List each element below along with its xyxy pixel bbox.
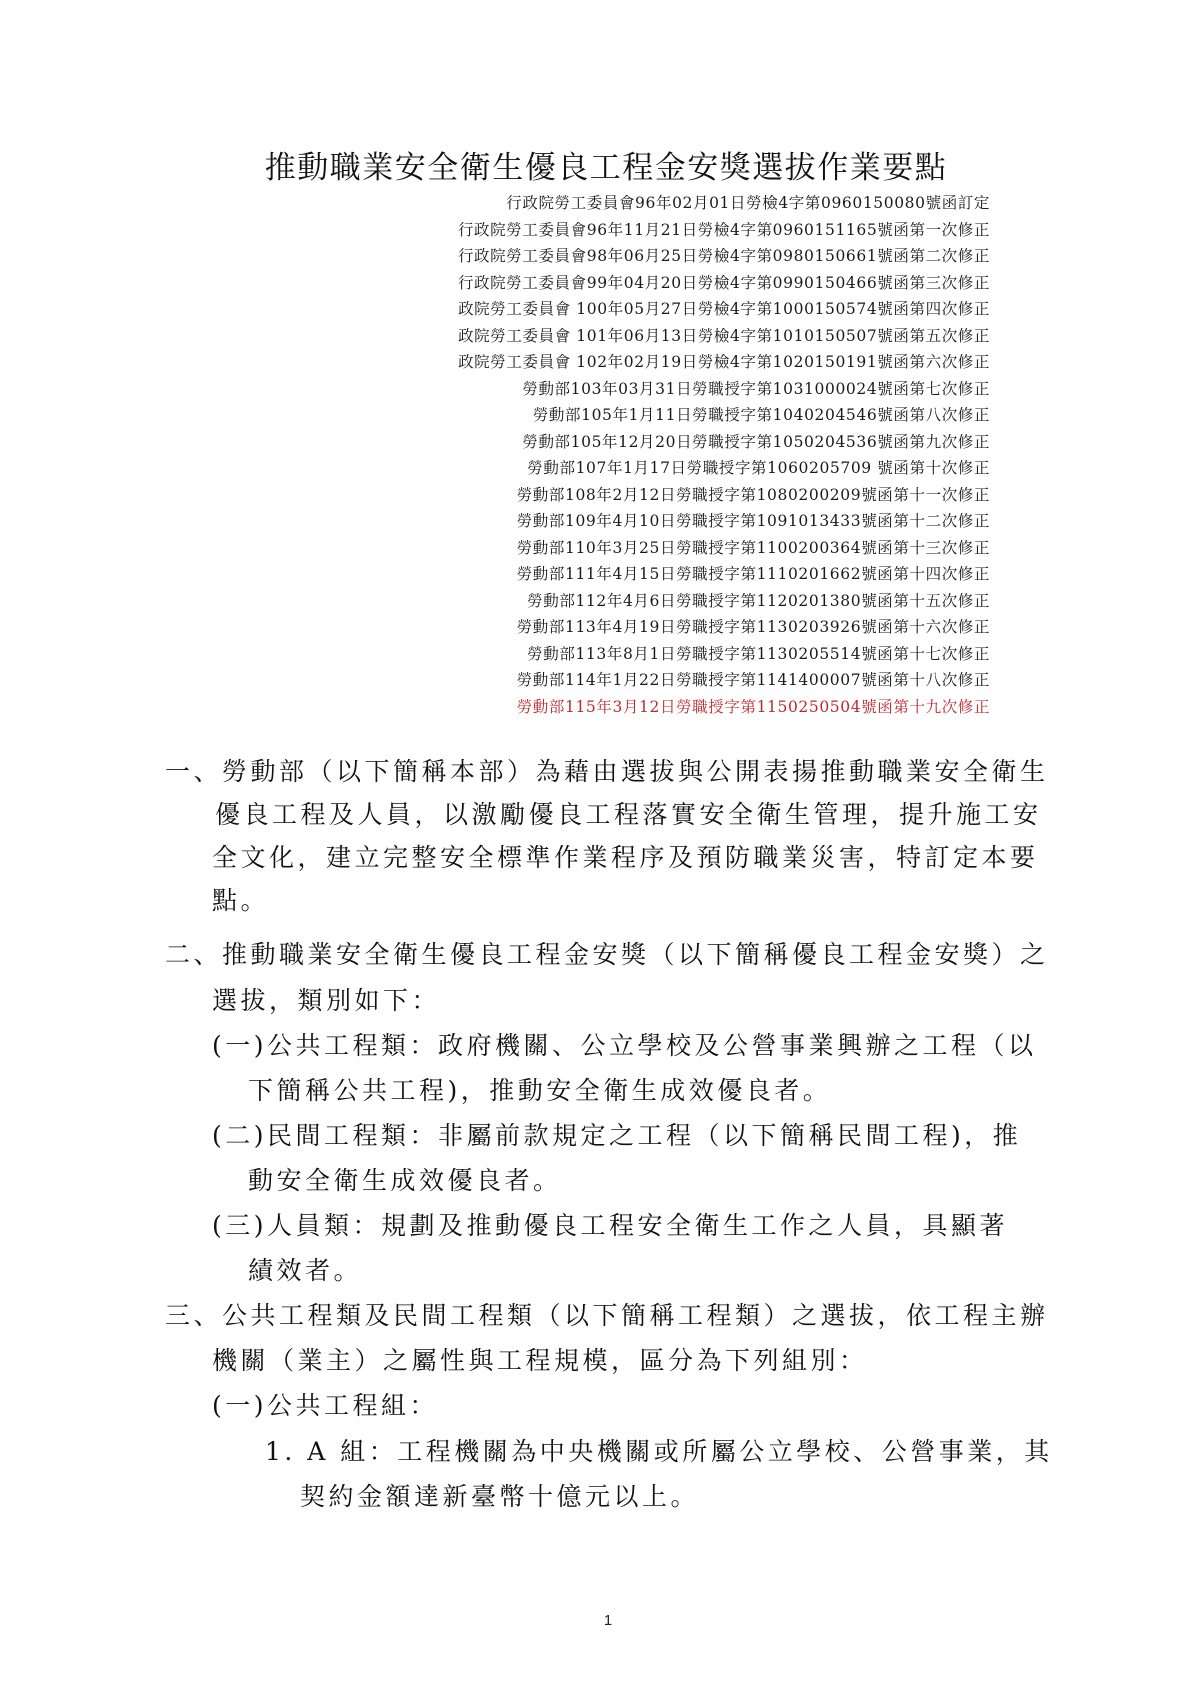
amendment-line: 行政院勞工委員會96年11月21日勞檢4字第0960151165號函第一次修正 bbox=[458, 217, 990, 244]
article-1-line-2: 優良工程及人員，以激勵優良工程落實安全衛生管理，提升施工安 bbox=[215, 795, 1042, 831]
amendment-line: 行政院勞工委員會96年02月01日勞檢4字第0960150080號函訂定 bbox=[458, 190, 990, 217]
article-2-line-1: 二、推動職業安全衛生優良工程金安獎（以下簡稱優良工程金安獎）之 bbox=[165, 935, 1049, 971]
amendment-line: 政院勞工委員會 101年06月13日勞檢4字第1010150507號函第五次修正 bbox=[458, 323, 990, 350]
amendment-line: 勞動部112年4月6日勞職授字第1120201380號函第十五次修正 bbox=[458, 588, 990, 615]
article-2-item-3-line-1: (三)人員類：規劃及推動優良工程安全衛生工作之人員，具顯著 bbox=[212, 1206, 1008, 1242]
amendment-line: 勞動部107年1月17日勞職授字第1060205709 號函第十次修正 bbox=[458, 455, 990, 482]
amendment-line: 政院勞工委員會 102年02月19日勞檢4字第1020150191號函第六次修正 bbox=[458, 349, 990, 376]
article-3-item-1: (一)公共工程組： bbox=[212, 1386, 438, 1422]
amendment-line: 勞動部105年12月20日勞職授字第1050204536號函第九次修正 bbox=[458, 429, 990, 456]
page-number: 1 bbox=[0, 1612, 1200, 1629]
amendment-line: 勞動部109年4月10日勞職授字第1091013433號函第十二次修正 bbox=[458, 508, 990, 535]
amendment-line: 勞動部113年4月19日勞職授字第1130203926號函第十六次修正 bbox=[458, 614, 990, 641]
article-2-line-2: 選拔，類別如下： bbox=[212, 981, 440, 1017]
amendment-line: 勞動部111年4月15日勞職授字第1110201662號函第十四次修正 bbox=[458, 561, 990, 588]
amendment-line: 行政院勞工委員會98年06月25日勞檢4字第0980150661號函第二次修正 bbox=[458, 243, 990, 270]
amendment-line: 勞動部105年1月11日勞職授字第1040204546號函第八次修正 bbox=[458, 402, 990, 429]
article-2-item-1-line-2: 下簡稱公共工程)，推動安全衛生成效優良者。 bbox=[248, 1071, 831, 1107]
amendment-line: 勞動部103年03月31日勞職授字第1031000024號函第七次修正 bbox=[458, 376, 990, 403]
amendment-line: 行政院勞工委員會99年04月20日勞檢4字第0990150466號函第三次修正 bbox=[458, 270, 990, 297]
amendment-line: 政院勞工委員會 100年05月27日勞檢4字第1000150574號函第四次修正 bbox=[458, 296, 990, 323]
amendment-history: 行政院勞工委員會96年02月01日勞檢4字第0960150080號函訂定 行政院… bbox=[458, 190, 990, 720]
article-3-line-2: 機關（業主）之屬性與工程規模，區分為下列組別： bbox=[212, 1341, 868, 1377]
article-3-line-1: 三、公共工程類及民間工程類（以下簡稱工程類）之選拔，依工程主辦 bbox=[165, 1296, 1049, 1332]
article-2-item-2-line-1: (二)民間工程類：非屬前款規定之工程（以下簡稱民間工程)，推 bbox=[212, 1116, 1021, 1152]
article-3-item-1-sub-1-line-1: 1. A 組：工程機關為中央機關或所屬公立學校、公營事業，其 bbox=[265, 1432, 1053, 1468]
article-1-line-3: 全文化，建立完整安全標準作業程序及預防職業災害，特訂定本要 bbox=[212, 838, 1039, 874]
amendment-line: 勞動部114年1月22日勞職授字第1141400007號函第十八次修正 bbox=[458, 667, 990, 694]
document-page: 推動職業安全衛生優良工程金安獎選拔作業要點 行政院勞工委員會96年02月01日勞… bbox=[0, 0, 1200, 1697]
amendment-line: 勞動部113年8月1日勞職授字第1130205514號函第十七次修正 bbox=[458, 641, 990, 668]
article-2-item-1-line-1: (一)公共工程類：政府機關、公立學校及公營事業興辦之工程（以 bbox=[212, 1026, 1037, 1062]
article-1-line-4: 點。 bbox=[212, 881, 269, 917]
amendment-line: 勞動部108年2月12日勞職授字第1080200209號函第十一次修正 bbox=[458, 482, 990, 509]
article-2-item-2-line-2: 動安全衛生成效優良者。 bbox=[248, 1161, 562, 1197]
article-3-item-1-sub-1-line-2: 契約金額達新臺幣十億元以上。 bbox=[300, 1477, 699, 1513]
amendment-line: 勞動部110年3月25日勞職授字第1100200364號函第十三次修正 bbox=[458, 535, 990, 562]
document-title: 推動職業安全衛生優良工程金安獎選拔作業要點 bbox=[0, 148, 1200, 188]
article-2-item-3-line-2: 績效者。 bbox=[248, 1251, 362, 1287]
article-1-line-1: 一、勞動部（以下簡稱本部）為藉由選拔與公開表揚推動職業安全衛生 bbox=[165, 752, 1049, 788]
amendment-line-latest: 勞動部115年3月12日勞職授字第1150250504號函第十九次修正 bbox=[458, 694, 990, 721]
